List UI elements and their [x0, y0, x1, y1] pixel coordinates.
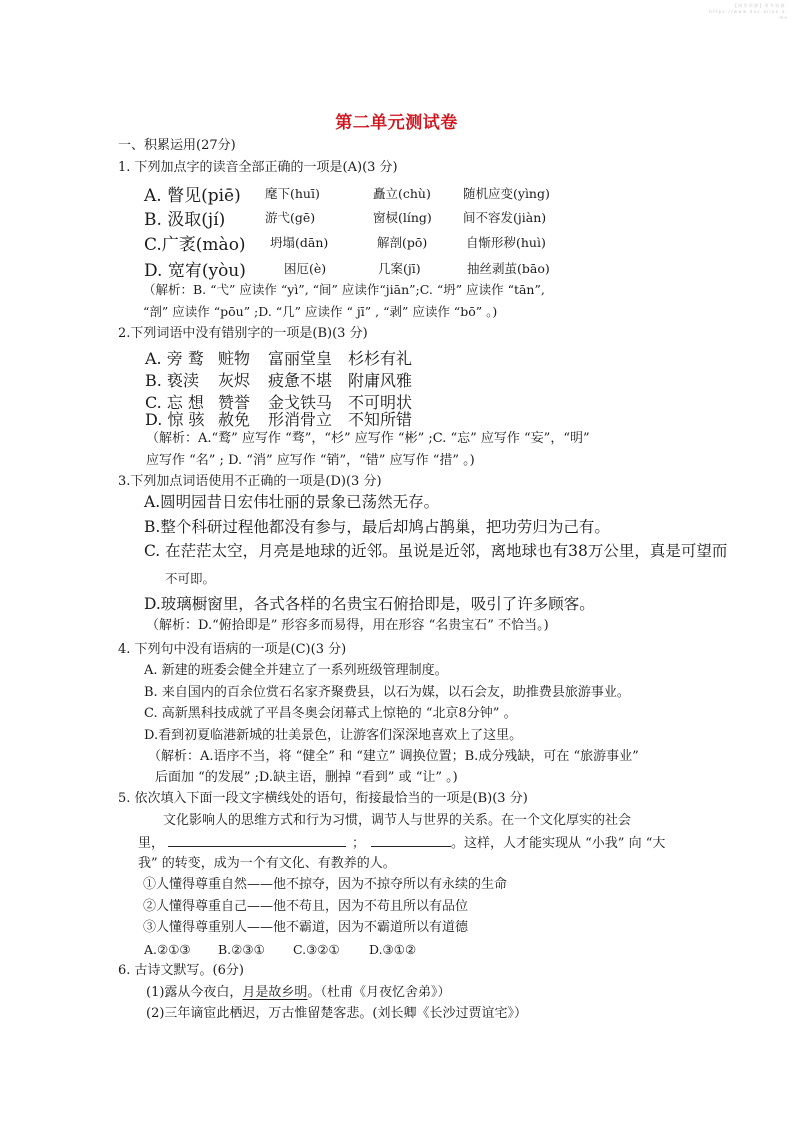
question-2-analysis: 应写作 “名” ; D. “消” 应写作 “销”，“错” 应写作 “措” 。) [146, 452, 475, 470]
option-item: 不知所错 [348, 407, 412, 430]
option-item: 附庸风雅 [348, 368, 412, 391]
question-4-stem: 4. 下列句中没有语病的一项是(C)(3 分) [118, 641, 346, 659]
question-3-analysis: （解析：D.“俯拾即是” 形容多而易得，用在形容 “名贵宝石” 不恰当。) [146, 617, 549, 635]
question-5-passage-blanks: 里，；。这样，人才能实现从 “小我” 向 “大 [138, 834, 665, 853]
page-title: 第二单元测试卷 [0, 108, 793, 133]
watermark: 【 网 发 资 源 】 更 多 资 源 · h t t p s : / / w … [707, 3, 787, 21]
option-c-label: C.广袤(mào) [144, 230, 246, 255]
option-item: 疲惫不堪 [268, 368, 332, 391]
option-label: B. 亵渎 [145, 368, 199, 391]
option-item: 几案(jī) [378, 259, 421, 277]
question-1-stem: 1. 下列加点字的读音全部正确的一项是(A)(3 分) [118, 159, 398, 177]
question-5-sentence-1: ①人懂得尊重自然——他不掠夺，因为不掠夺所以有永续的生命 [143, 876, 507, 894]
question-6-item-2: (2)三年谪宦此栖迟，万古惟留楚客悲。(刘长卿《长沙过贾谊宅》） [146, 1005, 527, 1023]
question-4-analysis: 后面加 “的发展” ;D.缺主语，删掉 “看到” 或 “让” 。) [155, 769, 458, 787]
question-1-analysis: “剖” 应读作 “pōu” ;D. “几” 应读作 “ jī” , “剥” 应读… [143, 303, 497, 321]
option-item: 间不容发(jiàn) [463, 208, 546, 226]
option-item: 赦免 [218, 407, 250, 430]
question-5-passage: 文化影响人的思维方式和行为习惯，调节人与世界的关系。在一个文化厚实的社会 [163, 812, 631, 830]
question-3-option-d: D.玻璃橱窗里，各式各样的名贵宝石俯拾即是，吸引了许多顾客。 [144, 595, 595, 613]
question-3-stem: 3.下列加点词语使用不正确的一项是(D)(3 分) [118, 473, 382, 491]
choice-d: D.③①② [369, 941, 416, 959]
question-4-option-b: B. 来自国内的百余位赏石名家齐聚费县，以石为媒，以石会友，助推费县旅游事业。 [144, 684, 630, 702]
option-item: 杉杉有礼 [348, 346, 412, 369]
choice-c: C.③②① [293, 941, 340, 959]
option-item: 灰烬 [218, 368, 250, 391]
question-5-sentence-2: ②人懂得尊重自己——他不苟且，因为不苟且所以有品位 [143, 898, 468, 916]
question-5-stem: 5. 依次填入下面一段文字横线处的语句，衔接最恰当的一项是(B)(3 分) [118, 790, 528, 808]
fill-blank-2 [371, 834, 451, 847]
question-5-passage: 我” 的转变，成为一个有文化、有教养的人。 [138, 855, 396, 873]
option-item: 麾下(huī) [265, 184, 320, 202]
question-2-analysis: （解析：A.“鹜” 应写作 “骛”，“杉” 应写作 “彬” ;C. “忘” 应写… [146, 430, 590, 448]
question-4-analysis: （解析：A.语序不当，将 “健全” 和 “建立” 调换位置；B.成分残缺，可在 … [148, 748, 639, 766]
option-item: 困厄(è) [284, 259, 326, 277]
fill-blank-1 [168, 834, 346, 847]
option-item: 形消骨立 [268, 407, 332, 430]
question-6-stem: 6. 古诗文默写。(6分) [118, 962, 244, 980]
question-2-stem: 2.下列词语中没有错别字的一项是(B)(3 分) [118, 325, 368, 343]
question-4-option-d: D.看到初夏临港新城的壮美景色，让游客们深深地喜欢上了这里。 [144, 727, 522, 745]
question-3-option-b: B.整个科研过程他都没有参与，最后却鸠占鹊巢，把功劳归为己有。 [144, 518, 610, 536]
option-a-label: A. 瞥见(piē) [144, 181, 241, 206]
answer-underlined: 月是故乡明 [242, 985, 307, 1000]
choice-a: A.②①③ [144, 941, 191, 959]
option-item: 坍塌(dān) [270, 233, 328, 251]
question-5-sentence-3: ③人懂得尊重别人——他不霸道，因为不霸道所以有道德 [143, 919, 468, 937]
question-4-option-a: A. 新建的班委会健全并建立了一系列班级管理制度。 [144, 662, 448, 680]
option-item: 随机应变(yìng) [463, 184, 550, 202]
question-3-option-a: A.圆明园昔日宏伟壮丽的景象已荡然无存。 [144, 493, 439, 511]
option-label: A. 旁 鹜 [145, 346, 204, 369]
option-item: 窗棂(líng) [373, 208, 432, 226]
question-6-item-1: (1)露从今夜白，月是故乡明。（杜甫《月夜忆舍弟》） [146, 984, 450, 1002]
question-4-option-c: C. 高新黑科技成就了平昌冬奥会闭幕式上惊艳的 “北京8分钟” 。 [144, 705, 517, 723]
question-3-option-c: C. 在茫茫太空，月亮是地球的近邻。虽说是近邻，离地球也有38万公里，真是可望而 [144, 542, 727, 560]
option-b-label: B. 汲取(jí) [144, 205, 225, 230]
option-item: 赃物 [218, 346, 250, 369]
option-d-label: D. 宽宥(yòu) [144, 256, 246, 281]
option-item: 游弋(gē) [265, 208, 315, 226]
option-item: 解剖(pō) [377, 233, 427, 251]
option-item: 富丽堂皇 [268, 346, 332, 369]
question-3-option-c-cont: 不可即。 [165, 570, 215, 588]
option-item: 自惭形秽(huì) [466, 233, 546, 251]
option-item: 抽丝剥茧(bāo) [467, 259, 550, 277]
option-item: 矗立(chù) [373, 184, 431, 202]
question-1-analysis: （解析：B. “弋” 应读作 “yì”, “间” 应读作“jiān”;C. “坍… [143, 281, 545, 299]
choice-b: B.②③① [218, 941, 265, 959]
section-heading: 一、积累运用(27分) [118, 137, 236, 155]
option-label: D. 惊 骇 [145, 407, 205, 430]
